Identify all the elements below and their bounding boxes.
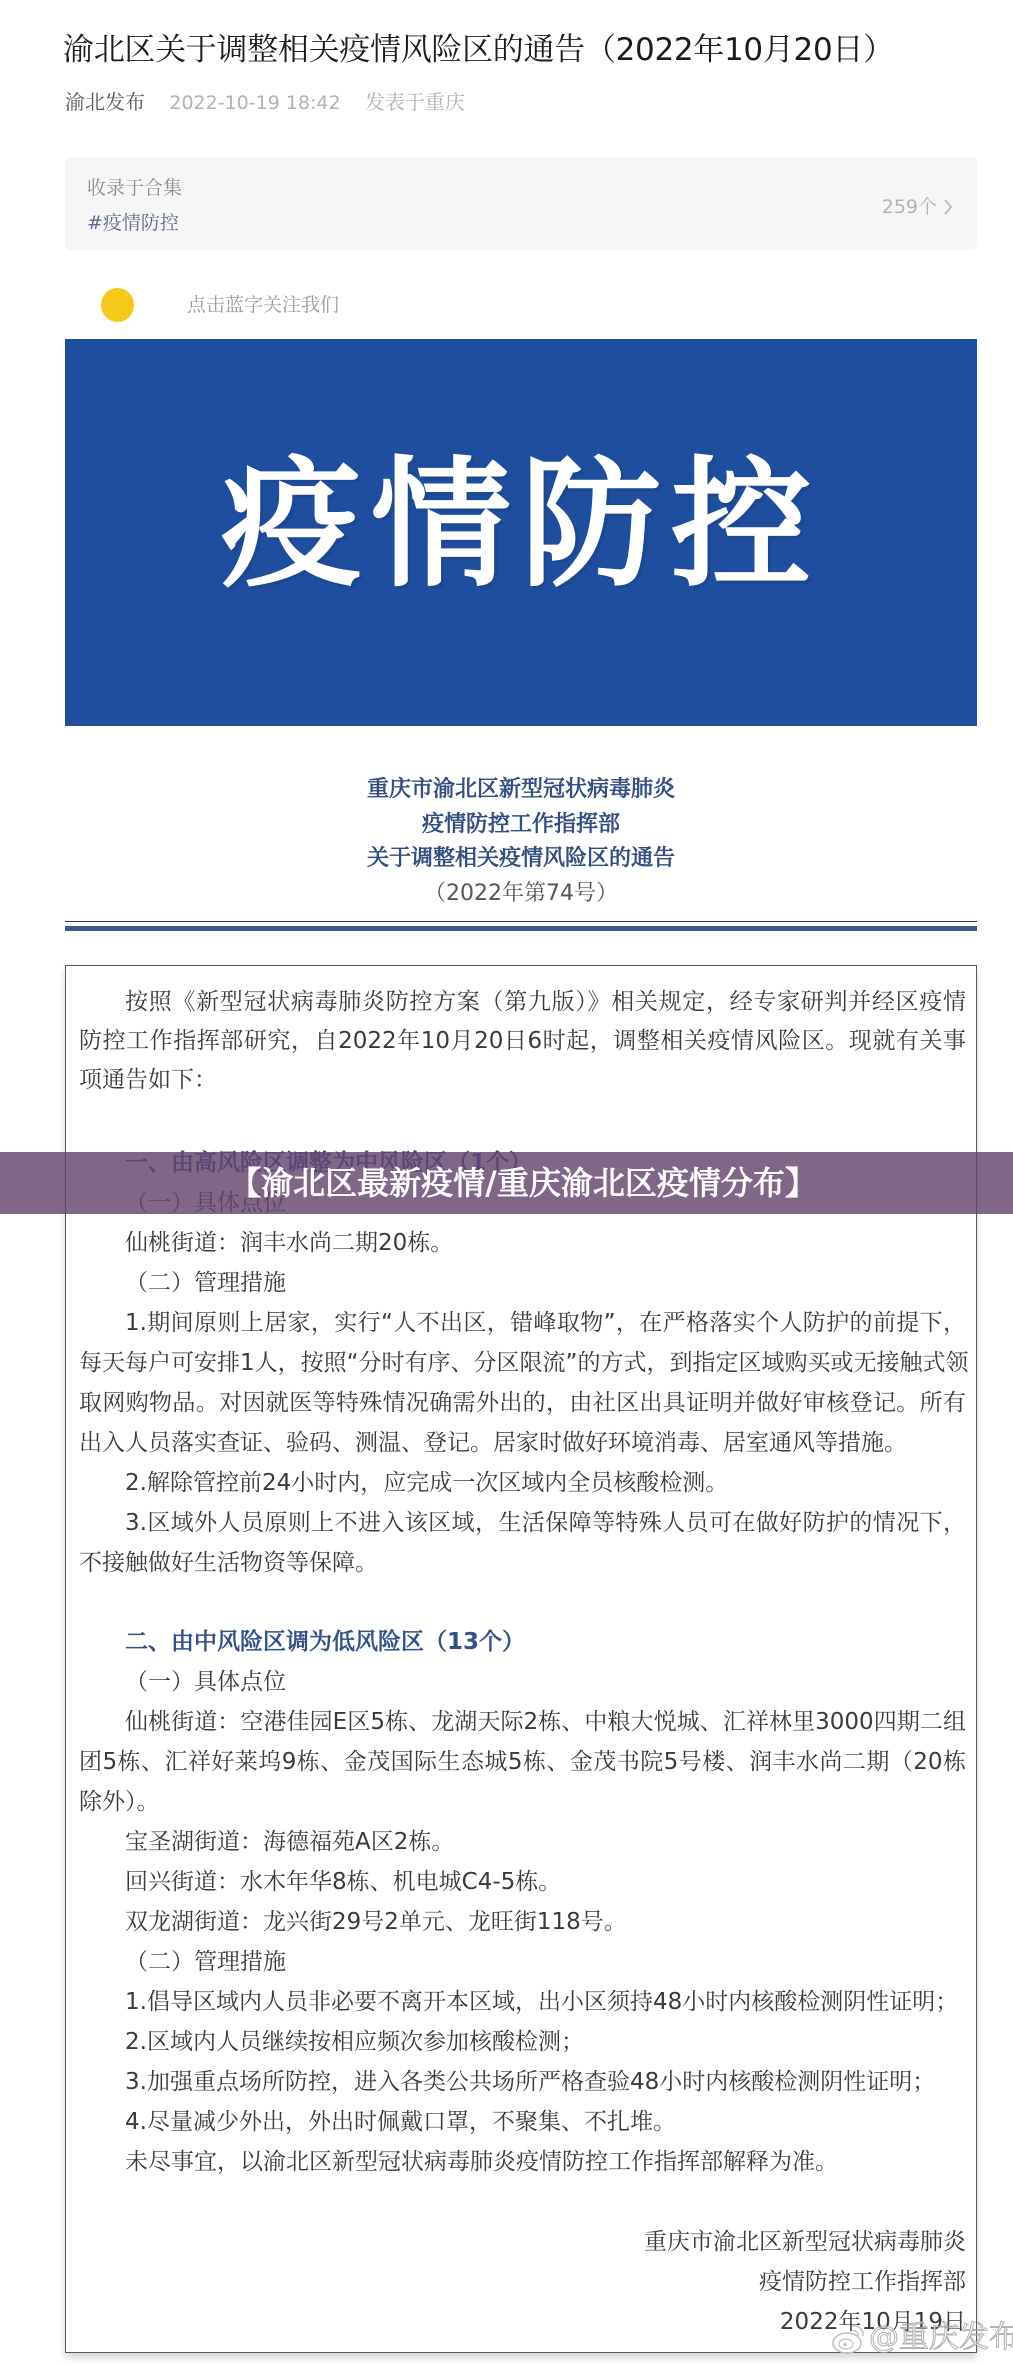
publish-location: 发表于重庆 [365,90,465,114]
collection-tag-link[interactable]: #疫情防控 [87,210,179,236]
measure-line: 出入人员落实查证、验码、测温、登记。居家时做好环境消毒、居室通风等措施。 [79,1423,966,1463]
article-meta: 渝北发布 2022-10-19 18:42 发表于重庆 [65,88,465,116]
notice-title-line: 关于调整相关疫情风险区的通告 [65,842,977,877]
measure-line: 不接触做好生活物资等保障。 [79,1543,966,1583]
chevron-right-icon [943,198,953,216]
notice-header: 重庆市渝北区新型冠状病毒肺炎 疫情防控工作指挥部 关于调整相关疫情风险区的通告 … [65,773,977,911]
header-divider-thin [65,921,977,922]
overlay-caption: 【渝北区最新疫情/重庆渝北区疫情分布】 [229,1164,817,1202]
watermark-text: @重庆发布 [869,2318,1013,2358]
location-item: 团5栋、汇祥好莱坞9栋、金茂国际生态城5栋、金茂书院5号楼、润丰水尚二期（20栋 [79,1742,966,1782]
location-item: 仙桃街道：空港佳园E区5栋、龙湖天际2栋、中粮大悦城、汇祥林里3000四期二组 [79,1702,966,1742]
text-line: 防控工作指挥部研究，自2022年10月20日6时起，调整相关疫情风险区。现就有关… [79,1022,966,1061]
weibo-logo-icon [831,2321,867,2355]
notice-issuer-line: 重庆市渝北区新型冠状病毒肺炎 [65,773,977,808]
text-line: 项通告如下： [79,1061,966,1100]
measure-line: 2.区域内人员继续按相应频次参加核酸检测； [79,2022,966,2062]
location-item: 回兴街道：水木年华8栋、机电城C4-5栋。 [79,1862,966,1902]
measure-line: 1.期间原则上居家，实行“人不出区，错峰取物”，在严格落实个人防护的前提下， [79,1303,966,1343]
text-line: 按照《新型冠状病毒肺炎防控方案（第九版）》相关规定，经专家研判并经区疫情 [79,983,966,1022]
measure-line: 4.尽量减少外出，外出时佩戴口罩，不聚集、不扎堆。 [79,2102,966,2142]
location-item: 宝圣湖街道：海德福苑A区2栋。 [79,1822,966,1862]
measure-line: 1.倡导区域内人员非必要不离开本区域，出小区须持48小时内核酸检测阴性证明； [79,1982,966,2022]
publish-time: 2022-10-19 18:42 [169,92,340,114]
collection-count: 259个 [882,194,937,220]
subsection-heading: （二）管理措施 [79,1942,966,1982]
notice-intro: 按照《新型冠状病毒肺炎防控方案（第九版）》相关规定，经专家研判并经区疫情 防控工… [79,983,966,1100]
closing-statement: 未尽事宜，以渝北区新型冠状病毒肺炎疫情防控工作指挥部解释为准。 [79,2142,966,2182]
follow-prompt-text: 点击蓝字关注我们 [187,292,339,318]
collection-card[interactable]: 收录于合集 #疫情防控 259个 [65,157,977,250]
measure-line: 每天每户可安排1人，按照“分时有序、分区限流”的方式，到指定区域购买或无接触式领 [79,1343,966,1383]
header-divider-thick [65,926,977,931]
measure-line: 3.加强重点场所防控，进入各类公共场所严格查验48小时内核酸检测阴性证明； [79,2062,966,2102]
location-item: 双龙湖街道：龙兴街29号2单元、龙旺街118号。 [79,1902,966,1942]
collection-label: 收录于合集 [87,175,182,201]
measure-line: 3.区域外人员原则上不进入该区域，生活保障等特殊人员可在做好防护的情况下， [79,1503,966,1543]
signature-line: 疫情防控工作指挥部 [79,2262,966,2302]
account-name-link[interactable]: 渝北发布 [65,90,145,114]
caption-overlay-band: 【渝北区最新疫情/重庆渝北区疫情分布】 [0,1152,1013,1214]
watermark: @重庆发布 [831,2318,1013,2358]
notice-issuer-line: 疫情防控工作指挥部 [65,808,977,843]
location-item: 仙桃街道：润丰水尚二期20栋。 [79,1223,966,1263]
subsection-heading: （二）管理措施 [79,1263,966,1303]
article-title: 渝北区关于调整相关疫情风险区的通告（2022年10月20日） [63,30,894,70]
notice-number: （2022年第74号） [65,877,977,912]
measure-line: 2.解除管控前24小时内，应完成一次区域内全员核酸检测。 [79,1463,966,1503]
article-page: 渝北区关于调整相关疫情风险区的通告（2022年10月20日） 渝北发布 2022… [0,0,1013,2366]
section-medium-to-low: 二、由中风险区调为低风险区（13个） （一）具体点位 仙桃街道：空港佳园E区5栋… [79,1622,966,2182]
follow-dot-icon [101,288,134,322]
banner-title: 疫情防控 [221,451,821,601]
subsection-heading: （一）具体点位 [79,1662,966,1702]
location-item: 除外）。 [79,1782,966,1822]
epidemic-control-banner-image: 疫情防控 [65,339,977,726]
signature-line: 重庆市渝北区新型冠状病毒肺炎 [79,2222,966,2262]
collection-count-button[interactable]: 259个 [882,194,953,220]
section-heading: 二、由中风险区调为低风险区（13个） [79,1622,966,1662]
measure-line: 取网购物品。对因就医等特殊情况确需外出的，由社区出具证明并做好审核登记。所有 [79,1383,966,1423]
